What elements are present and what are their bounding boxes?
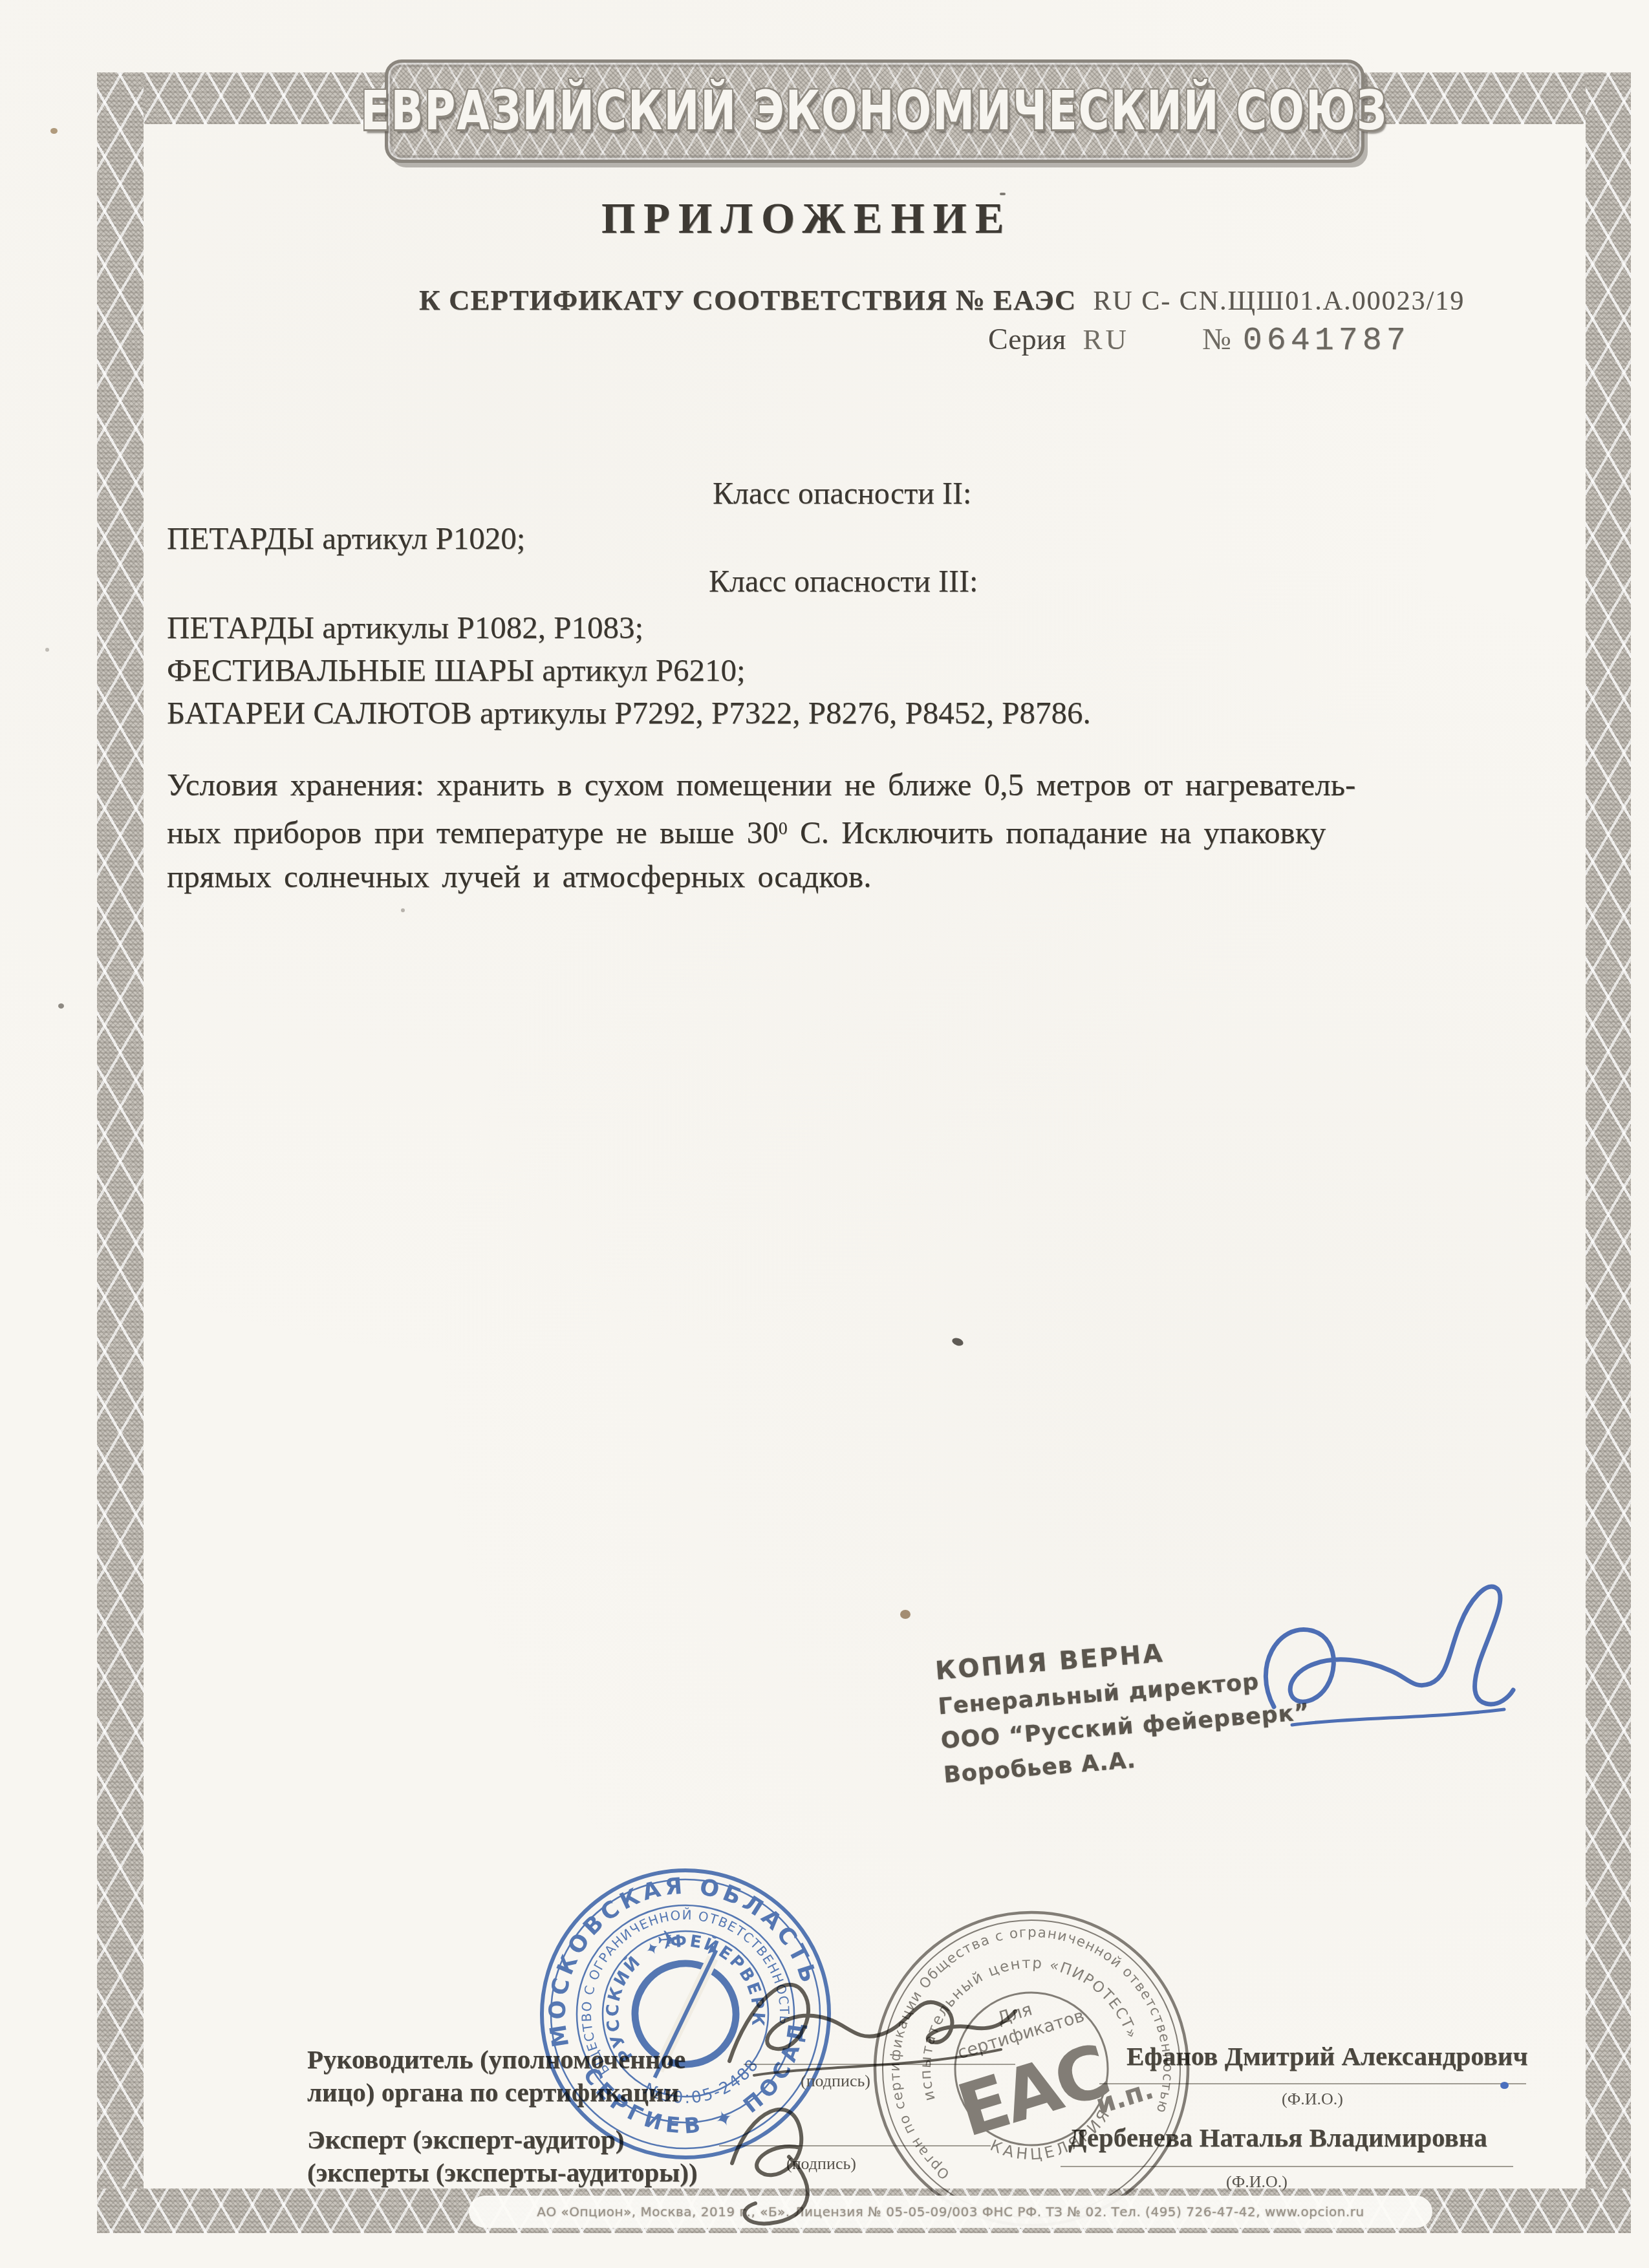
printer-fine-print: АО «Опцион», Москва, 2019 г., «Б». Лицен… <box>469 2196 1432 2228</box>
fio-caption: (Ф.И.О.) <box>1226 2172 1288 2192</box>
scan-speck <box>50 128 58 134</box>
certificate-page: ЕВРАЗИЙСКИЙ ЭКОНОМИЧЕСКИЙ СОЮЗ ПРИЛОЖЕНИ… <box>0 0 1649 2268</box>
fio-caption: (Ф.И.О.) <box>1282 2090 1343 2109</box>
scan-speck <box>1000 193 1006 195</box>
eaeu-banner-title: ЕВРАЗИЙСКИЙ ЭКОНОМИЧЕСКИЙ СОЮЗ <box>361 80 1388 143</box>
scan-speck <box>58 1003 64 1009</box>
border-band-right <box>1586 72 1631 2233</box>
certificate-number: RU C- CN.ЩШ01.А.00023/19 <box>1093 286 1465 316</box>
blank-number: 0641787 <box>1243 323 1410 359</box>
product-item: ФЕСТИВАЛЬНЫЕ ШАРЫ артикул Р6210; <box>167 652 746 689</box>
subtitle-label: К СЕРТИФИКАТУ СООТВЕТСТВИЯ № ЕАЭС <box>419 284 1076 316</box>
certificate-subtitle: К СЕРТИФИКАТУ СООТВЕТСТВИЯ № ЕАЭСRU C- C… <box>419 283 1465 317</box>
border-band-left <box>97 72 144 2233</box>
series-value: RU <box>1083 323 1130 356</box>
class3-heading: Класс опасности III: <box>709 564 978 599</box>
storage-line-segment: ных приборов при температуре не выше 30 <box>167 815 779 850</box>
head-signature <box>717 1945 1020 2093</box>
expert-signature <box>710 2081 943 2229</box>
eaeu-banner: ЕВРАЗИЙСКИЙ ЭКОНОМИЧЕСКИЙ СОЮЗ <box>385 59 1364 163</box>
series-label: Серия <box>988 323 1066 356</box>
airplane-icon: ✈ <box>656 1925 680 1956</box>
scan-speck <box>401 908 405 912</box>
scan-speck <box>45 648 49 652</box>
product-item: ПЕТАРДЫ артикул Р1020; <box>167 520 525 557</box>
series-row: СерияRU№0641787 <box>988 322 1410 359</box>
degree-superscript: 0 <box>779 818 788 839</box>
product-item: ПЕТАРДЫ артикулы Р1082, Р1083; <box>167 609 643 646</box>
storage-conditions: Условия хранения: хранить в сухом помеще… <box>167 763 1530 899</box>
product-item: БАТАРЕИ САЛЮТОВ артикулы Р7292, Р7322, Р… <box>167 694 1091 731</box>
director-signature <box>1247 1570 1525 1770</box>
storage-line-segment: С. Исключить попадание на упаковку <box>788 815 1326 850</box>
ink-speck <box>1500 2082 1509 2089</box>
storage-line: Условия хранения: хранить в сухом помеще… <box>167 763 1530 807</box>
storage-line: прямых солнечных лучей и атмосферных оса… <box>167 855 1530 899</box>
storage-line: ных приборов при температуре не выше 300… <box>167 807 1530 855</box>
class2-heading: Класс опасности II: <box>713 476 971 511</box>
document-title: ПРИЛОЖЕНИЕ <box>601 194 1012 244</box>
number-sign: № <box>1202 323 1231 356</box>
scan-speck <box>951 1336 965 1347</box>
scan-speck <box>900 1610 911 1619</box>
